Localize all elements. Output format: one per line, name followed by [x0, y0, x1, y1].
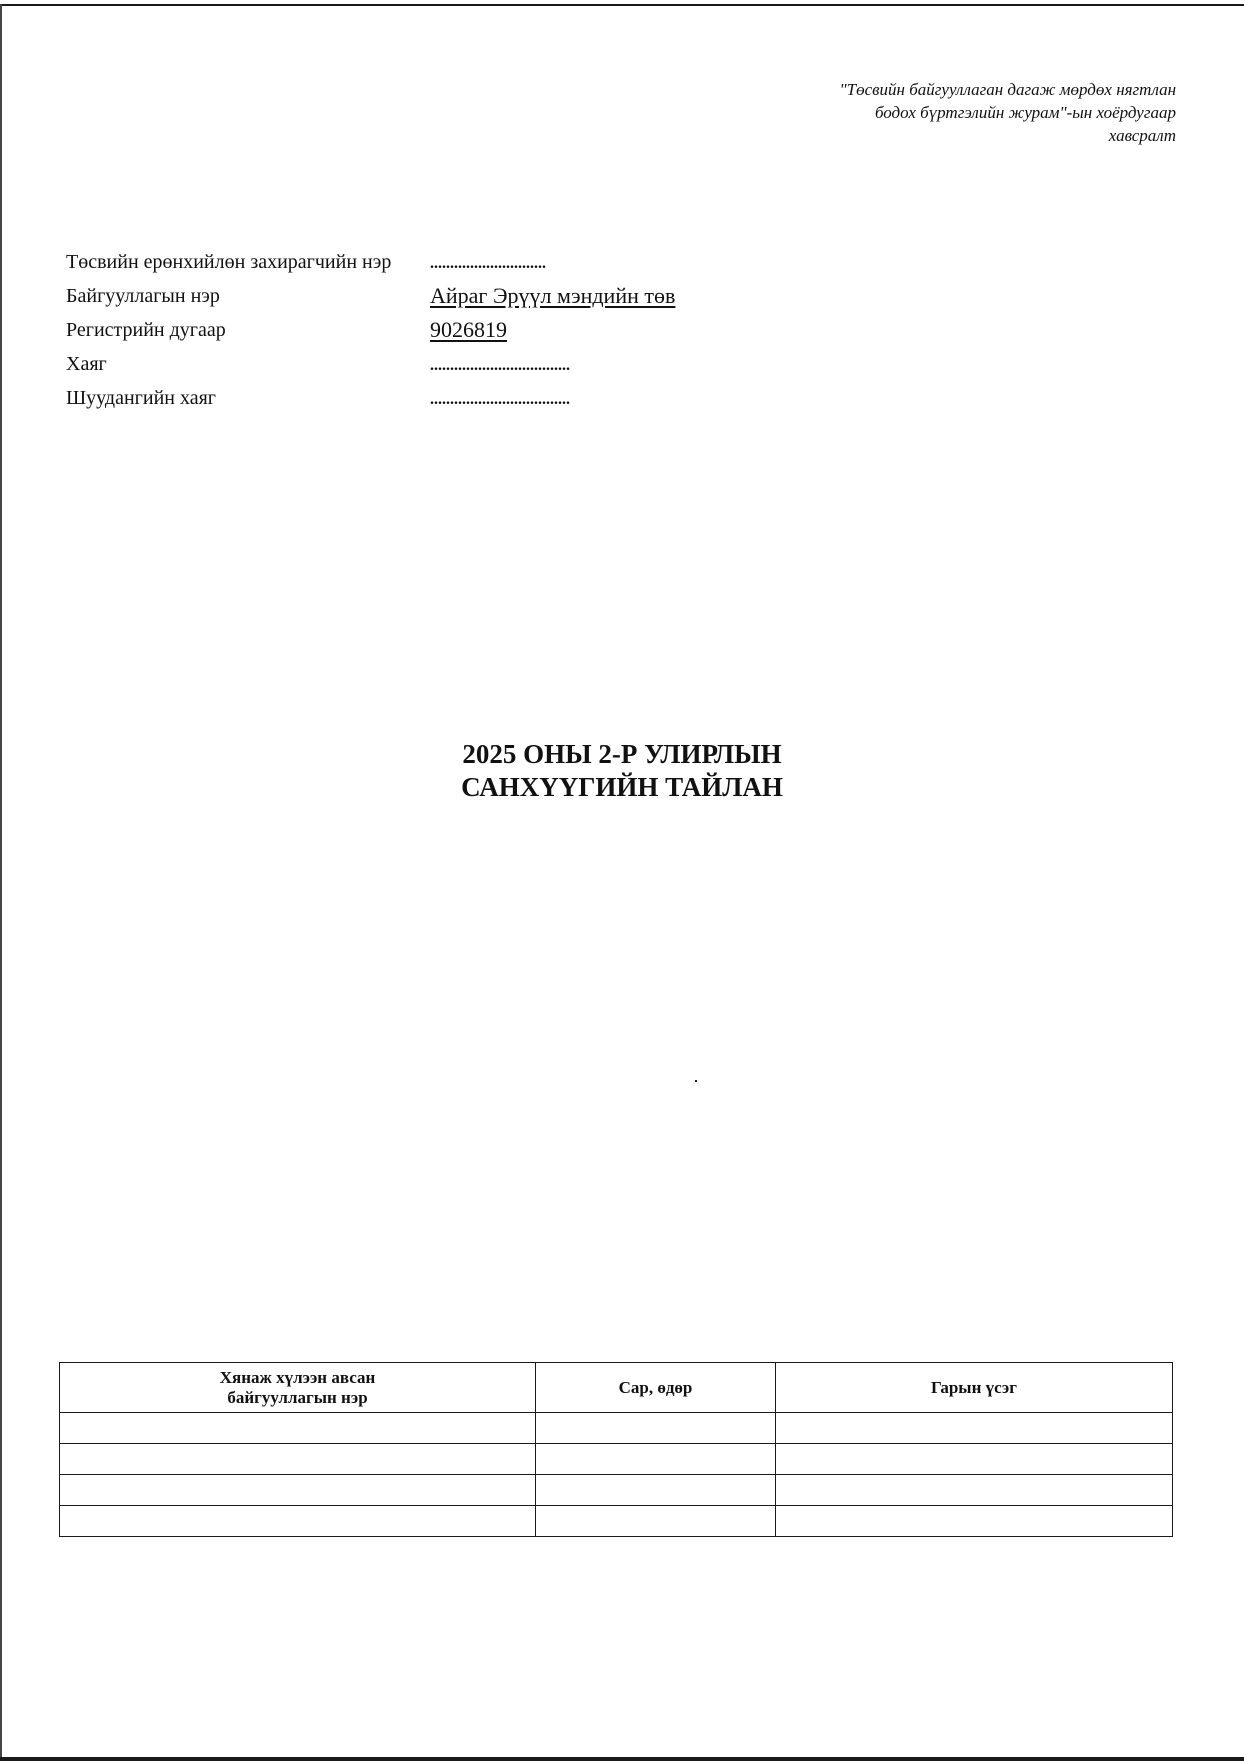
annex-note: "Төсвийн байгууллаган дагаж мөрдөх нягтл…: [656, 78, 1176, 147]
scan-border-left: [0, 4, 2, 1761]
cell-organization[interactable]: [60, 1475, 536, 1506]
cell-organization[interactable]: [60, 1506, 536, 1537]
cell-date[interactable]: [536, 1413, 776, 1444]
scan-border-bottom: [0, 1757, 1244, 1761]
table-row: [60, 1475, 1173, 1506]
scan-speck: [695, 1080, 697, 1082]
cell-date[interactable]: [536, 1475, 776, 1506]
cell-date[interactable]: [536, 1506, 776, 1537]
cell-date[interactable]: [536, 1444, 776, 1475]
cell-organization[interactable]: [60, 1444, 536, 1475]
header-signature: Гарын үсэг: [776, 1363, 1173, 1413]
cell-organization[interactable]: [60, 1413, 536, 1444]
organization-name-value: Айраг Эрүүл мэндийн төв: [430, 282, 675, 310]
address-label: Хаяг: [66, 350, 107, 378]
table-header-row: Хянаж хүлээн авсан байгууллагын нэр Сар,…: [60, 1363, 1173, 1413]
table-row: [60, 1506, 1173, 1537]
organization-name-label: Байгууллагын нэр: [66, 282, 220, 310]
cell-signature[interactable]: [776, 1444, 1173, 1475]
scan-border-top: [0, 4, 1244, 6]
address-value: ...................................: [430, 352, 570, 380]
report-title-line-1: 2025 ОНЫ 2-Р УЛИРЛЫН: [0, 738, 1244, 771]
table-row: [60, 1444, 1173, 1475]
table-row: [60, 1413, 1173, 1444]
annex-note-line: "Төсвийн байгууллаган дагаж мөрдөх нягтл…: [656, 78, 1176, 101]
budget-manager-label: Төсвийн ерөнхийлөн захирагчийн нэр: [66, 248, 391, 276]
cell-signature[interactable]: [776, 1506, 1173, 1537]
header-reviewing-organization: Хянаж хүлээн авсан байгууллагын нэр: [60, 1363, 536, 1413]
report-title: 2025 ОНЫ 2-Р УЛИРЛЫН САНХҮҮГИЙН ТАЙЛАН: [0, 738, 1244, 804]
cell-signature[interactable]: [776, 1413, 1173, 1444]
report-title-line-2: САНХҮҮГИЙН ТАЙЛАН: [0, 771, 1244, 804]
review-signoff-table: Хянаж хүлээн авсан байгууллагын нэр Сар,…: [59, 1362, 1173, 1537]
annex-note-line: хавсралт: [656, 124, 1176, 147]
registration-number-label: Регистрийн дугаар: [66, 316, 226, 344]
cell-signature[interactable]: [776, 1475, 1173, 1506]
header-date: Сар, өдөр: [536, 1363, 776, 1413]
registration-number-value: 9026819: [430, 316, 507, 344]
postal-address-value: ...................................: [430, 386, 570, 414]
annex-note-line: бодох бүртгэлийн журам"-ын хоёрдугаар: [656, 101, 1176, 124]
budget-manager-value: .............................: [430, 250, 546, 278]
postal-address-label: Шуудангийн хаяг: [66, 384, 216, 412]
